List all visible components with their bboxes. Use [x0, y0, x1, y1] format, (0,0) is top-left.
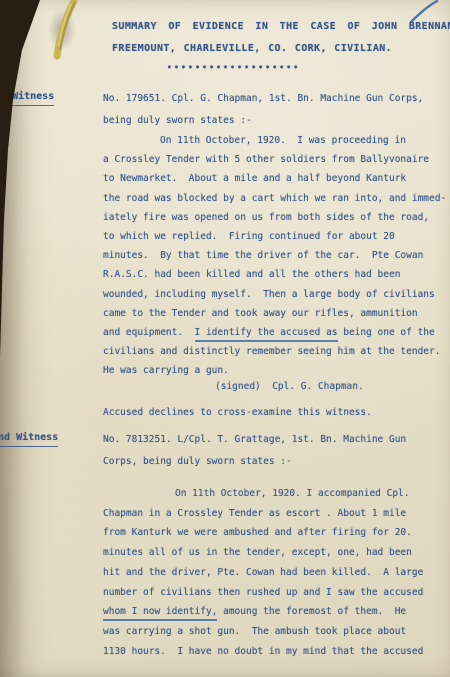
witness2-sworn-line: Corps, being duly sworn states :-	[103, 451, 406, 473]
statement-line: iately fire was opened on us from both s…	[103, 208, 446, 227]
signed-line: (signed) Cpl. G. Chapman.	[103, 377, 364, 396]
statement-line: minutes. By that time the driver of the …	[103, 246, 446, 265]
document-header: SUMMARY OF EVIDENCE IN THE CASE OF JOHN …	[112, 16, 450, 73]
statement-line: from Kanturk we were ambushed and after …	[103, 523, 423, 543]
statement-line: civilians and distinctly remember seeing…	[103, 342, 446, 361]
statement-line: a Crossley Tender with 5 other soldiers …	[103, 150, 446, 169]
witness1-signature: (signed) Cpl. G. Chapman.	[103, 377, 364, 396]
witness1-sworn-line: being duly sworn states :-	[103, 110, 423, 132]
statement-line: hit and the driver, Pte. Cowan had been …	[103, 563, 423, 583]
statement-text: amoung the foremost of them. He	[217, 606, 406, 617]
statement-line: Chapman in a Crossley Tender as escort .…	[103, 504, 423, 524]
witness1-intro: No. 179651. Cpl. G. Chapman, 1st. Bn. Ma…	[103, 88, 423, 131]
photo-background: SUMMARY OF EVIDENCE IN THE CASE OF JOHN …	[0, 0, 450, 677]
statement-line: number of civilians then rushed up and I…	[103, 583, 423, 603]
statement-text: being one of the	[338, 327, 435, 338]
statement-line-underlined: whom I now identify, amoung the foremost…	[103, 602, 423, 622]
witness1-cross-examine: Accused declines to cross-examine this w…	[103, 403, 372, 422]
hand-underlined-phrase: I identify the accused as	[195, 327, 338, 342]
witness1-statement: On 11th October, 1920. I was proceeding …	[103, 131, 446, 381]
document-title-line1: SUMMARY OF EVIDENCE IN THE CASE OF JOHN …	[112, 16, 450, 38]
statement-line: the road was blocked by a cart which we …	[103, 189, 446, 208]
statement-line-underlined: and equipment. I identify the accused as…	[103, 323, 446, 342]
statement-line: minutes all of us in the tender, except,…	[103, 543, 423, 563]
statement-line: to Newmarket. About a mile and a half be…	[103, 169, 446, 188]
witness1-margin-label: 1st Witness	[0, 90, 54, 106]
witness2-margin-label: 2nd Witness	[0, 431, 58, 447]
statement-line: to which we replied. Firing continued fo…	[103, 227, 446, 246]
statement-line: On 11th October, 1920. I was proceeding …	[103, 131, 446, 150]
statement-line: On 11th October, 1920. I accompanied Cpl…	[103, 484, 423, 504]
cross-examine-line: Accused declines to cross-examine this w…	[103, 403, 372, 422]
statement-line: came to the Tender and took away our rif…	[103, 304, 446, 323]
statement-line: was carrying a shot gun. The ambush took…	[103, 622, 423, 642]
witness2-statement: On 11th October, 1920. I accompanied Cpl…	[103, 484, 423, 661]
document-page: SUMMARY OF EVIDENCE IN THE CASE OF JOHN …	[0, 0, 450, 677]
statement-line: 1130 hours. I have no doubt in my mind t…	[103, 642, 423, 662]
statement-text: and equipment.	[103, 327, 195, 338]
dotted-divider: •••••••••••••••••••	[167, 63, 450, 73]
hand-underlined-phrase: whom I now identify,	[103, 606, 217, 621]
witness2-intro: No. 7813251. L/Cpl. T. Grattage, 1st. Bn…	[103, 429, 406, 472]
treasury-tag-icon	[42, 0, 88, 62]
document-title-line2: FREEMOUNT, CHARLEVILLE, CO. CORK, CIVILI…	[112, 38, 450, 60]
statement-line: wounded, including myself. Then a large …	[103, 285, 446, 304]
statement-line: R.A.S.C. had been killed and all the oth…	[103, 265, 446, 284]
witness2-service-number: No. 7813251. L/Cpl. T. Grattage, 1st. Bn…	[103, 429, 406, 451]
witness1-service-number: No. 179651. Cpl. G. Chapman, 1st. Bn. Ma…	[103, 88, 423, 110]
